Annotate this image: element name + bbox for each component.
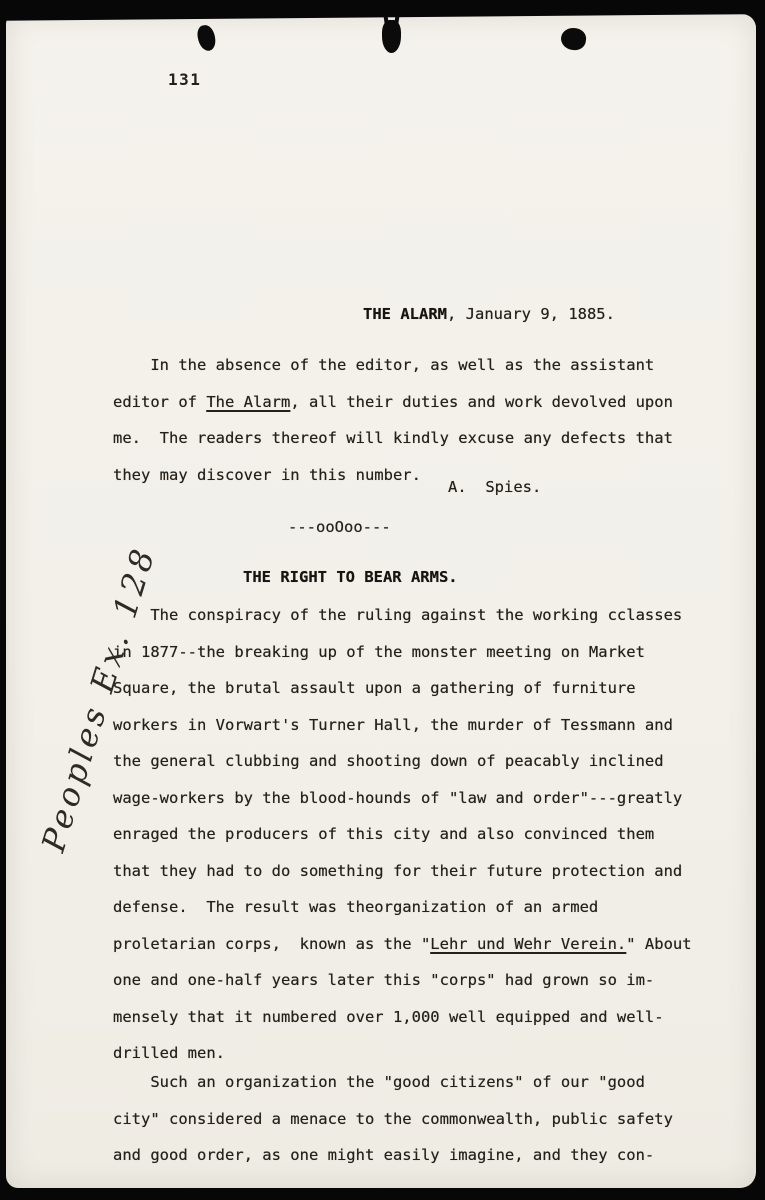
text-line: ---ooOoo--- xyxy=(113,509,733,546)
text-segment: proletarian corps, known as the " xyxy=(113,935,430,953)
text-line: Such an organization the "good citizens"… xyxy=(113,1064,733,1101)
text-segment: Such an organization the "good citizens"… xyxy=(113,1073,645,1091)
text-line: that they had to do something for their … xyxy=(113,853,733,890)
text-segment: enraged the producers of this city and a… xyxy=(113,825,654,843)
text-line: The conspiracy of the ruling against the… xyxy=(113,597,733,634)
text-segment: in 1877--the breaking up of the monster … xyxy=(113,643,645,661)
section-heading: THE RIGHT TO BEAR ARMS. xyxy=(113,559,733,596)
text-segment: that they had to do something for their … xyxy=(113,862,682,880)
text-segment: Square, the brutal assault upon a gather… xyxy=(113,679,636,697)
paragraph-3: Such an organization the "good citizens"… xyxy=(113,1064,733,1174)
text-line: workers in Vorwart's Turner Hall, the mu… xyxy=(113,707,733,744)
text-segment: defense. The result was theorganization … xyxy=(113,898,598,916)
text-segment: workers in Vorwart's Turner Hall, the mu… xyxy=(113,716,673,734)
text-segment: Lehr und Wehr Verein. xyxy=(430,935,626,953)
text-segment: THE RIGHT TO BEAR ARMS. xyxy=(243,568,458,586)
text-segment: , all their duties and work devolved upo… xyxy=(290,393,673,411)
text-segment: The conspiracy of the ruling against the… xyxy=(113,606,682,624)
text-line: enraged the producers of this city and a… xyxy=(113,816,733,853)
text-line: In the absence of the editor, as well as… xyxy=(113,347,733,384)
paragraph-2: The conspiracy of the ruling against the… xyxy=(113,597,733,1072)
text-line: me. The readers thereof will kindly excu… xyxy=(113,420,733,457)
text-line: wage-workers by the blood-hounds of "law… xyxy=(113,780,733,817)
text-segment: drilled men. xyxy=(113,1044,225,1062)
text-line: Square, the brutal assault upon a gather… xyxy=(113,670,733,707)
text-line: the general clubbing and shooting down o… xyxy=(113,743,733,780)
text-segment: one and one-half years later this "corps… xyxy=(113,971,654,989)
signature: A. Spies. xyxy=(113,469,733,506)
text-line: one and one-half years later this "corps… xyxy=(113,962,733,999)
text-line: editor of The Alarm, all their duties an… xyxy=(113,384,733,421)
text-segment: editor of xyxy=(113,393,206,411)
text-segment: mensely that it numbered over 1,000 well… xyxy=(113,1008,664,1026)
text-segment: and good order, as one might easily imag… xyxy=(113,1146,654,1164)
text-segment: " About xyxy=(626,935,691,953)
text-line: THE RIGHT TO BEAR ARMS. xyxy=(113,559,733,596)
text-line: A. Spies. xyxy=(113,469,733,506)
text-segment: ---ooOoo--- xyxy=(288,518,391,536)
text-line: city" considered a menace to the commonw… xyxy=(113,1101,733,1138)
text-segment: me. The readers thereof will kindly excu… xyxy=(113,429,673,447)
dateline: THE ALARM, January 9, 1885. xyxy=(113,296,733,333)
text-line: THE ALARM, January 9, 1885. xyxy=(113,296,733,333)
text-segment: The Alarm xyxy=(206,393,290,411)
text-segment: wage-workers by the blood-hounds of "law… xyxy=(113,789,682,807)
text-segment: the general clubbing and shooting down o… xyxy=(113,752,664,770)
text-line: in 1877--the breaking up of the monster … xyxy=(113,634,733,671)
text-segment: THE ALARM xyxy=(363,305,447,323)
text-line: defense. The result was theorganization … xyxy=(113,889,733,926)
text-segment: A. Spies. xyxy=(448,478,541,496)
section-divider: ---ooOoo--- xyxy=(113,509,733,546)
text-segment: city" considered a menace to the commonw… xyxy=(113,1110,673,1128)
text-segment: In the absence of the editor, as well as… xyxy=(113,356,654,374)
text-line: proletarian corps, known as the "Lehr un… xyxy=(113,926,733,963)
text-line: and good order, as one might easily imag… xyxy=(113,1137,733,1174)
text-segment: , January 9, 1885. xyxy=(447,305,615,323)
text-line: mensely that it numbered over 1,000 well… xyxy=(113,999,733,1036)
